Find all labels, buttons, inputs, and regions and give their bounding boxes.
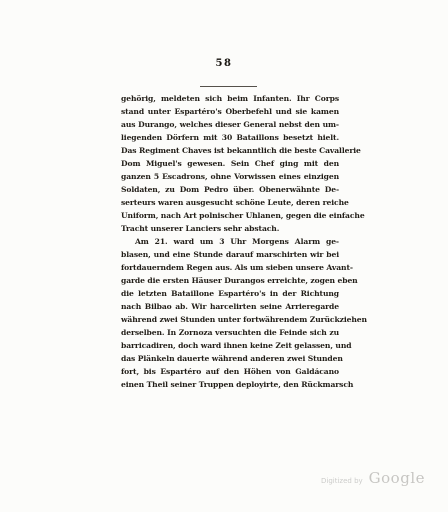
header-rule [200,86,257,87]
text-line: derselben. In Zornoza versuchten die Fei… [121,326,339,339]
text-line: Uniform, nach Art polnischer Uhlanen, ge… [121,209,339,222]
page-number: 58 [0,58,448,69]
text-line: die letzten Bataillone Espartéro's in de… [121,287,339,300]
text-line: Das Regiment Chaves ist bekanntlich die … [121,144,339,157]
text-line: liegenden Dörfern mit 30 Bataillons bese… [121,131,339,144]
text-line: nach Bilbao ab. Wir harcelirten seine Ar… [121,300,339,313]
text-line: aus Durango, welches dieser General nebs… [121,118,339,131]
text-line: einen Theil seiner Truppen deployirte, d… [121,378,339,391]
page-text: gehörig, meldeten sich beim Infanten. Ih… [121,92,339,391]
text-line: serteurs waren ausgesucht schöne Leute, … [121,196,339,209]
text-line: Tracht unserer Lanciers sehr abstach. [121,222,339,235]
text-line: Dom Miguel's gewesen. Sein Chef ging mit… [121,157,339,170]
text-line: garde die ersten Häuser Durangos erreich… [121,274,339,287]
text-line: stand unter Espartéro's Oberbefehl und s… [121,105,339,118]
text-line: während zwei Stunden unter fortwährendem… [121,313,339,326]
digitized-by-label: Digitized by [321,477,363,485]
text-line: blasen, und eine Stunde darauf marschirt… [121,248,339,261]
text-line: barricadiren, doch ward ihnen keine Zeit… [121,339,339,352]
google-watermark: Digitized by Google [321,469,425,487]
text-line: Am 21. ward um 3 Uhr Morgens Alarm ge- [121,235,339,248]
book-page: 58 gehörig, meldeten sich beim Infanten.… [0,0,448,512]
text-line: Soldaten, zu Dom Pedro über. Obenerwähnt… [121,183,339,196]
text-line: gehörig, meldeten sich beim Infanten. Ih… [121,92,339,105]
text-line: das Plänkeln dauerte während anderen zwe… [121,352,339,365]
text-line: fortdauerndem Regen aus. Als um sieben u… [121,261,339,274]
text-line: fort, bis Espartéro auf den Höhen von Ga… [121,365,339,378]
text-line: ganzen 5 Escadrons, ohne Vorwissen eines… [121,170,339,183]
google-logo: Google [369,469,425,487]
